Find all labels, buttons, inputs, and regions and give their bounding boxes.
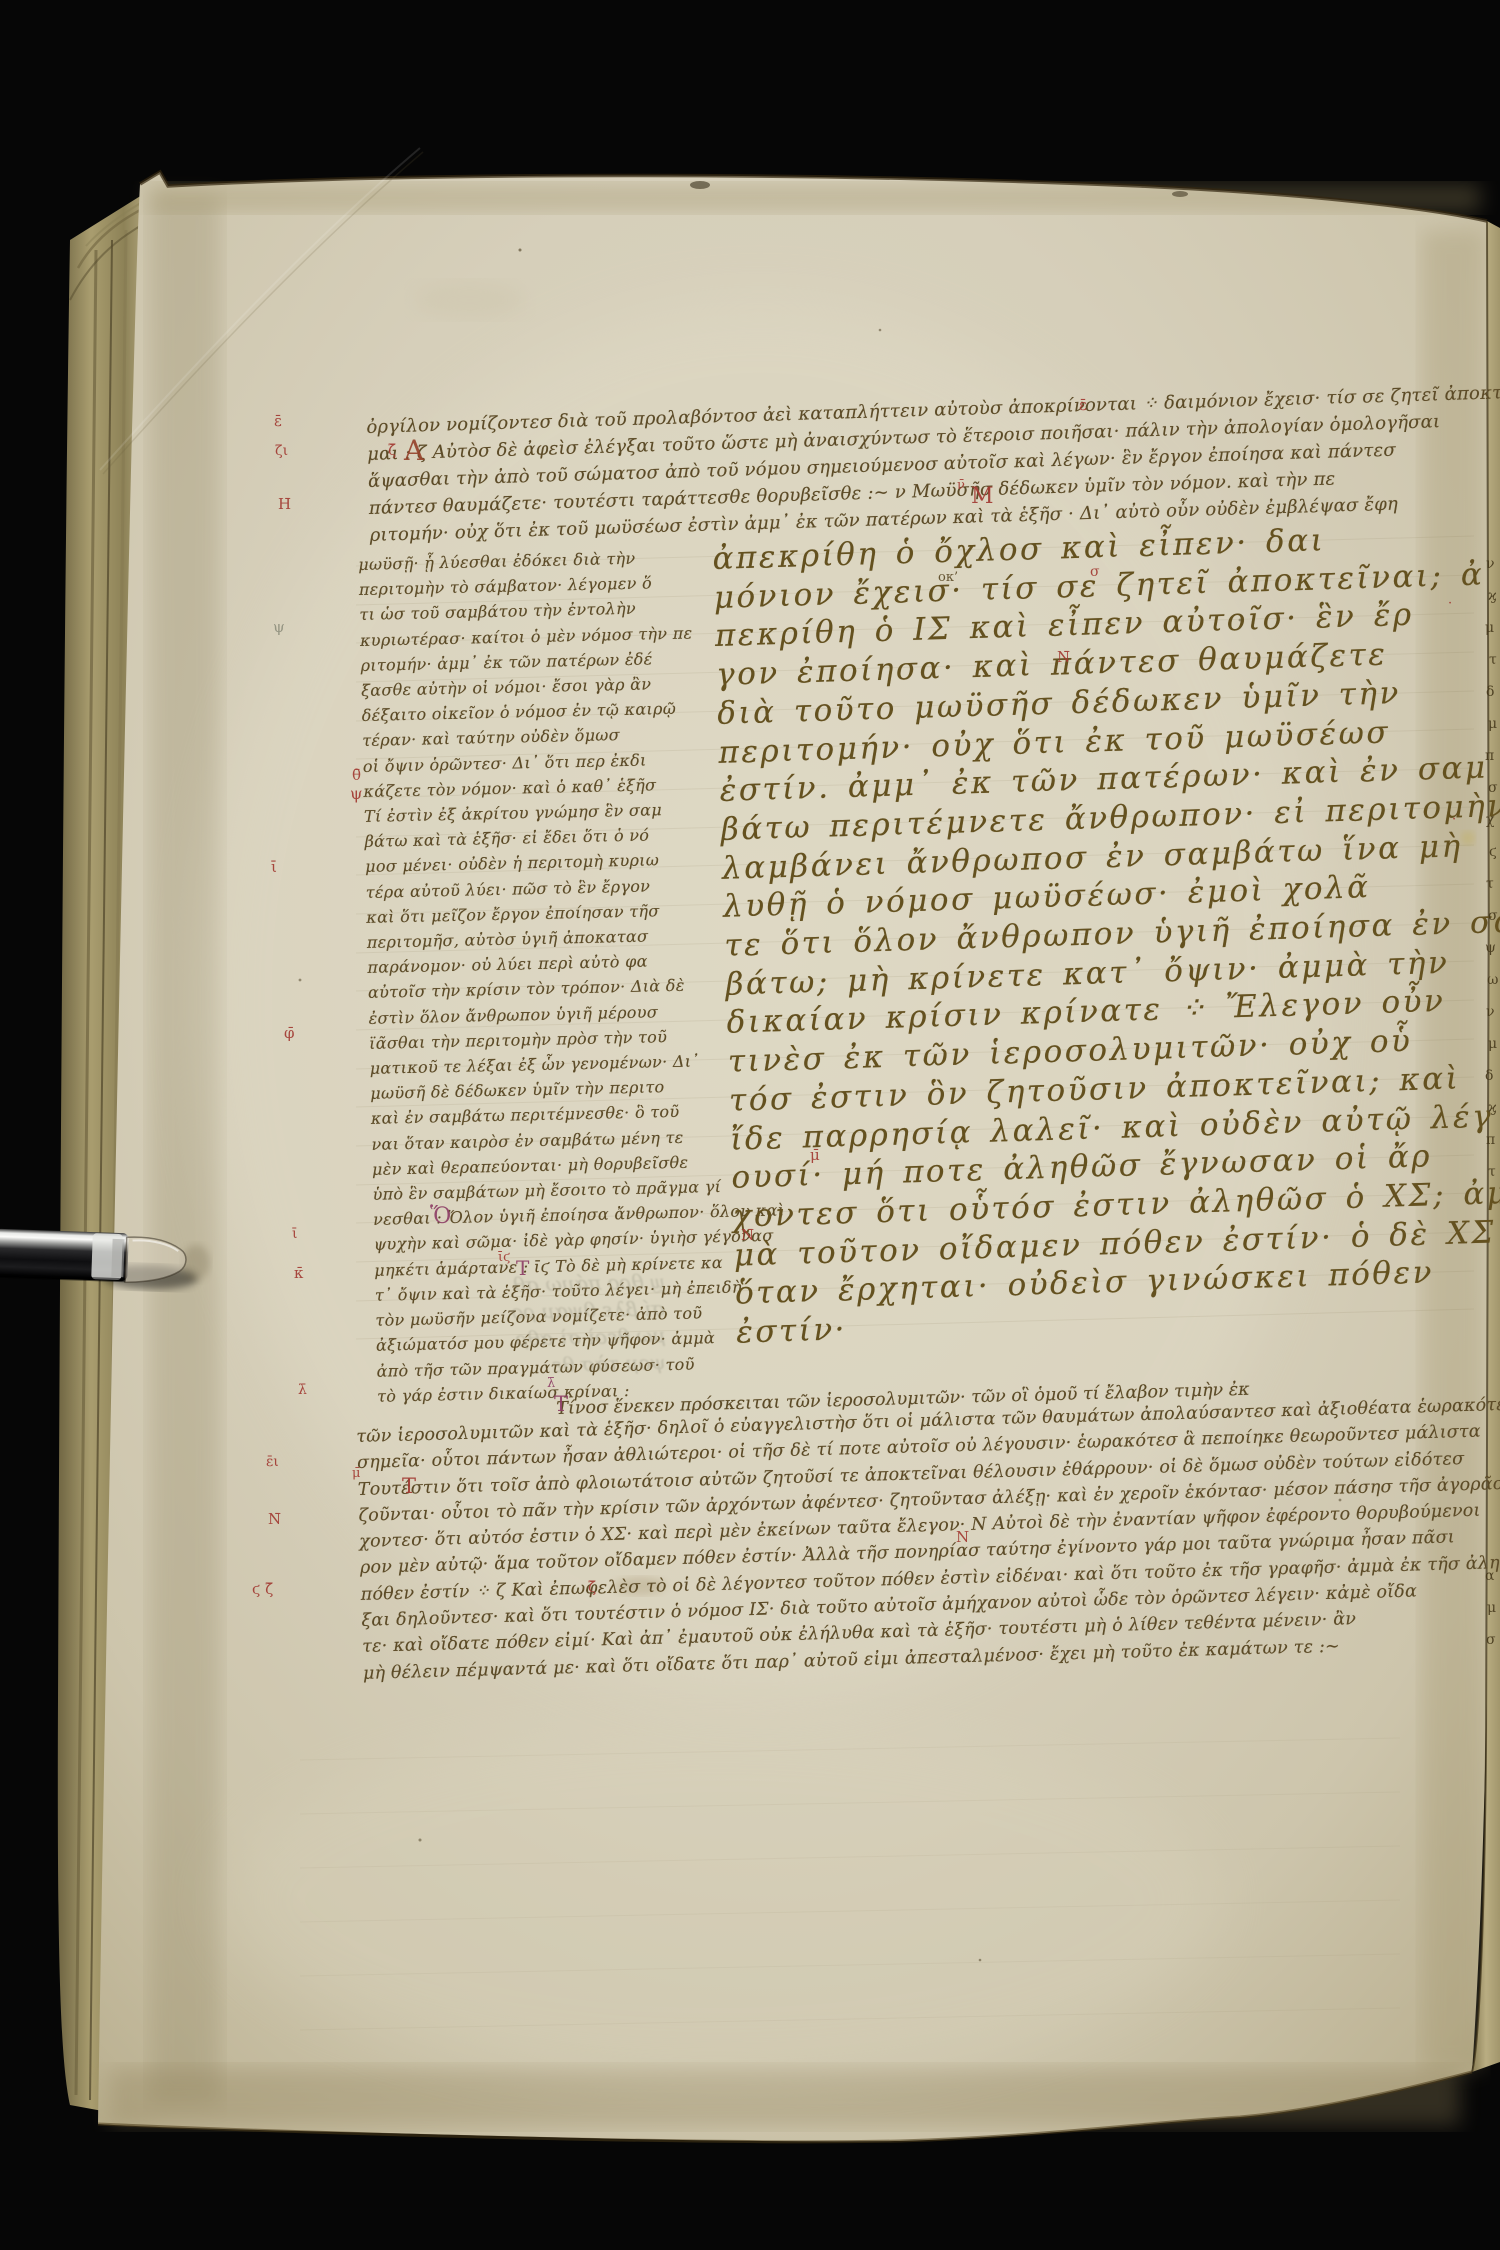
bottom-script-block: τῶν ἱεροσολυμιτῶν καὶ τὰ ἑξῆσ· δηλοῖ ὁ ε…	[356, 1393, 1488, 1687]
right-column-gospel-text: ἀπεκρίθη ὁ ὄχλοσ καὶ εἶπεν· δαιμόνιον ἔχ…	[712, 516, 1500, 1352]
bleed-through-ghost-text: ϣ θρο πάμω σθσί βλε θψαμ ρομω θεοὶ σὶ αθ…	[234, 1268, 667, 1386]
manuscript-photo: ὀργίλον νομίζοντεσ διὰ τοῦ προλαβόντοσ ἀ…	[0, 0, 1500, 2250]
